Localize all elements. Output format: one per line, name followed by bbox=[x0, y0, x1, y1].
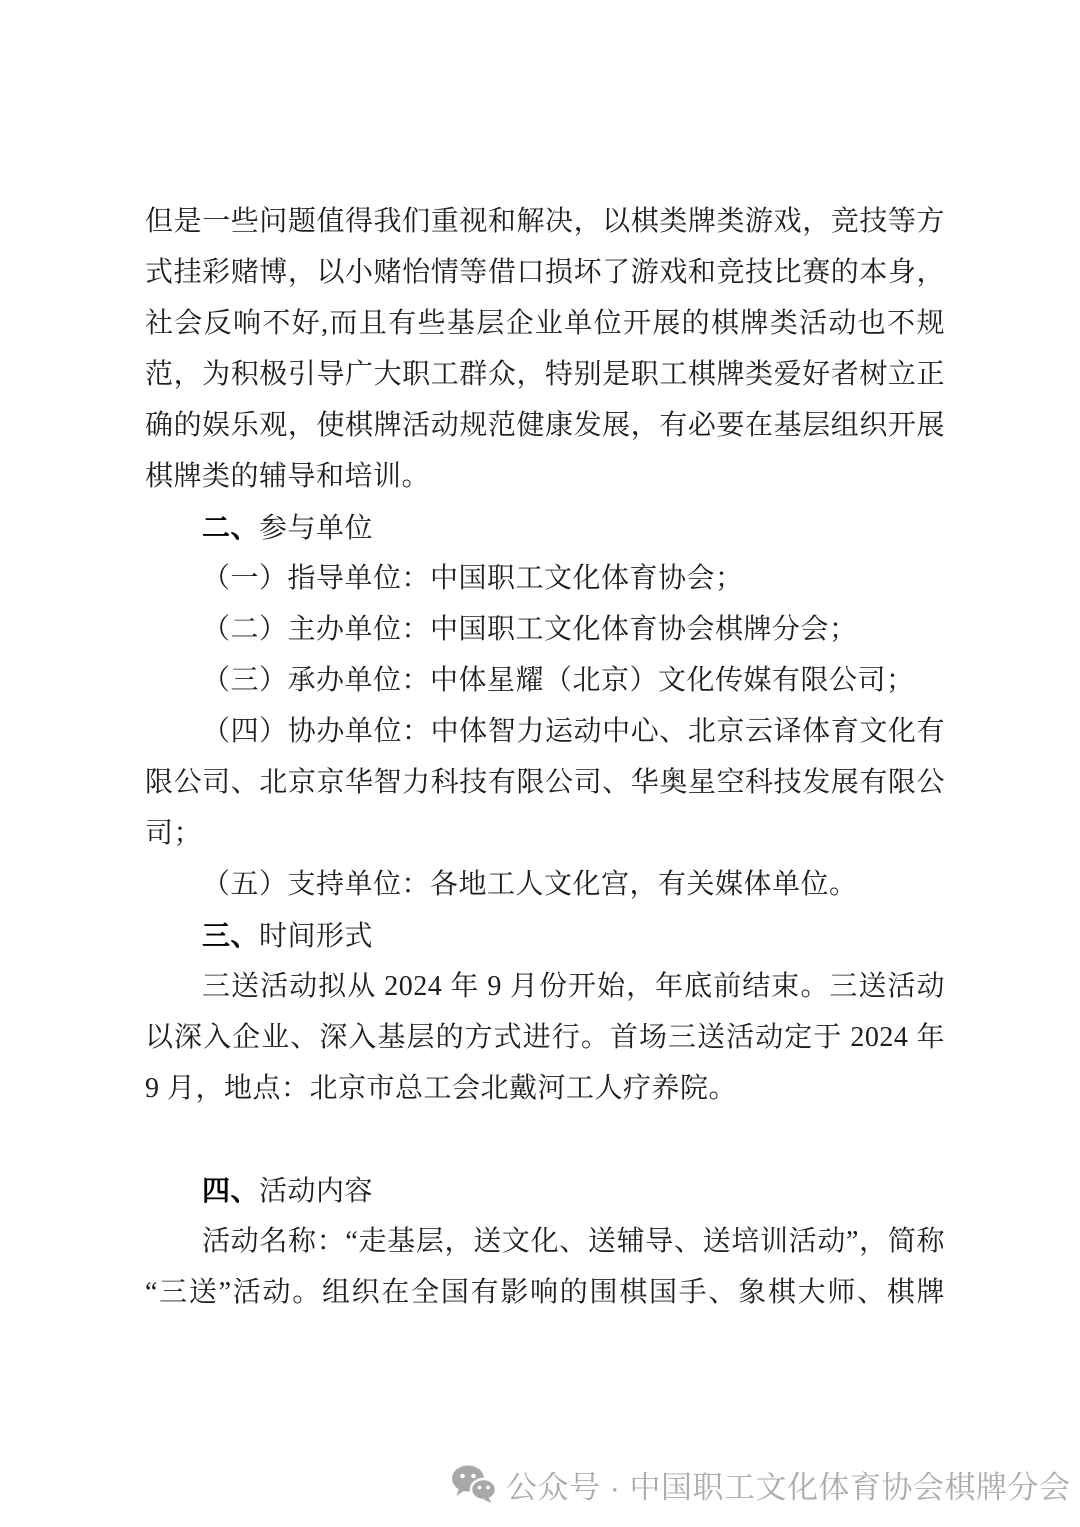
wechat-icon bbox=[451, 1465, 497, 1503]
text-line: （三）承办单位：中体星耀（北京）文化传媒有限公司； bbox=[145, 655, 945, 706]
document-body: 但是一些问题值得我们重视和解决，以棋类牌类游戏，竞技等方式挂彩赌博，以小赌怡情等… bbox=[145, 196, 945, 1318]
text-line: （五）支持单位：各地工人文化宫，有关媒体单位。 bbox=[145, 859, 945, 910]
section-heading: 二、参与单位 bbox=[145, 502, 945, 553]
section-heading: 三、时间形式 bbox=[145, 910, 945, 961]
text-line: 范，为积极引导广大职工群众，特别是职工棋牌类爱好者树立正 bbox=[145, 349, 945, 400]
text-line: 以深入企业、深入基层的方式进行。首场三送活动定于 2024 年 bbox=[145, 1012, 945, 1063]
heading-number: 四、 bbox=[202, 1175, 259, 1206]
text-line: （二）主办单位：中国职工文化体育协会棋牌分会； bbox=[145, 604, 945, 655]
heading-title: 参与单位 bbox=[259, 513, 373, 544]
heading-title: 活动内容 bbox=[259, 1176, 373, 1207]
heading-number: 三、 bbox=[202, 920, 259, 951]
text-line: 确的娱乐观，使棋牌活动规范健康发展，有必要在基层组织开展 bbox=[145, 400, 945, 451]
text-line: 三送活动拟从 2024 年 9 月份开始，年底前结束。三送活动 bbox=[145, 961, 945, 1012]
text-line: 社会反响不好,而且有些基层企业单位开展的棋牌类活动也不规 bbox=[145, 298, 945, 349]
text-line: （一）指导单位：中国职工文化体育协会； bbox=[145, 553, 945, 604]
heading-title: 时间形式 bbox=[259, 921, 373, 952]
text-line: 但是一些问题值得我们重视和解决，以棋类牌类游戏，竞技等方 bbox=[145, 196, 945, 247]
wechat-footer: 公众号 · 中国职工文化体育协会棋牌分会 bbox=[451, 1462, 1071, 1506]
blank-line bbox=[145, 1114, 945, 1165]
wechat-account-label: 公众号 · 中国职工文化体育协会棋牌分会 bbox=[506, 1462, 1071, 1507]
section-heading: 四、活动内容 bbox=[145, 1165, 945, 1216]
text-line: 司； bbox=[145, 808, 945, 859]
heading-number: 二、 bbox=[202, 512, 259, 543]
document-page: 但是一些问题值得我们重视和解决，以棋类牌类游戏，竞技等方式挂彩赌博，以小赌怡情等… bbox=[0, 0, 1080, 1527]
text-line: 式挂彩赌博，以小赌怡情等借口损坏了游戏和竞技比赛的本身， bbox=[145, 247, 945, 298]
text-line: 9 月，地点：北京市总工会北戴河工人疗养院。 bbox=[145, 1063, 945, 1114]
text-line: 棋牌类的辅导和培训。 bbox=[145, 451, 945, 502]
text-line: “三送”活动。组织在全国有影响的围棋国手、象棋大师、棋牌 bbox=[145, 1267, 945, 1318]
text-line: （四）协办单位：中体智力运动中心、北京云译体育文化有 bbox=[145, 706, 945, 757]
text-line: 限公司、北京京华智力科技有限公司、华奥星空科技发展有限公 bbox=[145, 757, 945, 808]
text-line: 活动名称：“走基层，送文化、送辅导、送培训活动”，简称 bbox=[145, 1216, 945, 1267]
